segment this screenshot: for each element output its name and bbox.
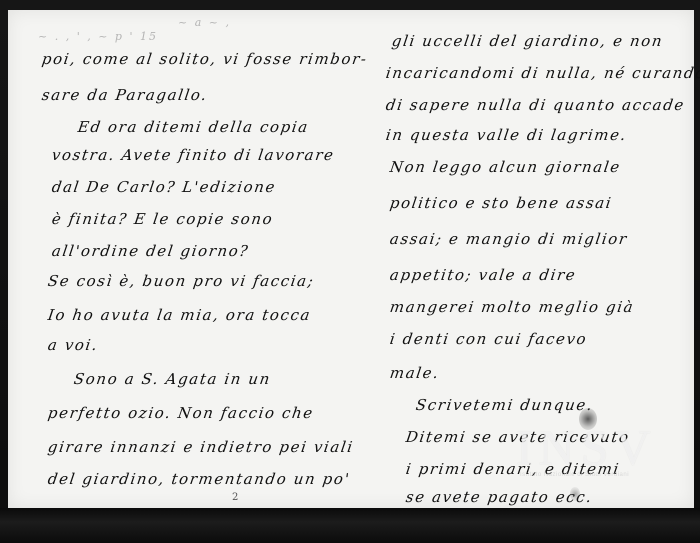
right-line-11: male.	[389, 364, 441, 382]
right-line-3: di sapere nulla di quanto accade	[385, 96, 686, 114]
left-line-3: Ed ora ditemi della copia	[77, 118, 310, 136]
left-line-7: all'ordine del giorno?	[51, 242, 251, 260]
left-line-5: dal De Carlo? L'edizione	[51, 178, 278, 196]
left-line-12: perfetto ozio. Non faccio che	[47, 404, 315, 422]
scan-bottom-border	[0, 508, 700, 543]
left-line-13: girare innanzi e indietro pei viali	[47, 438, 355, 456]
right-line-1: gli uccelli del giardino, e non	[391, 32, 665, 50]
left-line-10: a voi.	[47, 336, 100, 354]
right-line-8: appetito; vale a dire	[389, 266, 578, 284]
left-line-14: del giardino, tormentando un po'	[47, 470, 352, 488]
left-line-4: vostra. Avete finito di lavorare	[51, 146, 336, 164]
faint-bleedthrough-header: ~ . , ' , ~ p ' 15	[38, 30, 158, 43]
right-line-4: in questa valle di lagrime.	[385, 126, 629, 144]
right-line-2: incaricandomi di nulla, né curando	[385, 64, 700, 82]
right-line-6: politico e sto bene assai	[389, 194, 614, 212]
right-line-13: Ditemi se avete ricevuto	[405, 428, 631, 446]
faint-bleedthrough-top: ~ a ~ ,	[178, 16, 231, 29]
letter-paper: ~ . , ' , ~ p ' 15 ~ a ~ , poi, come al …	[8, 10, 694, 508]
left-line-6: è finita? E le copie sono	[51, 210, 275, 228]
right-line-14: i primi denari, e ditemi	[405, 460, 621, 478]
right-line-7: assai; e mangio di miglior	[389, 230, 629, 248]
page-number-mark: 2	[232, 492, 238, 503]
right-line-12: Scrivetemi dunque.	[415, 396, 595, 414]
ink-smudge-small	[570, 487, 580, 501]
left-line-1: poi, come al solito, vi fosse rimbor-	[41, 50, 369, 68]
ink-smudge	[579, 408, 597, 430]
left-line-9: Io ho avuta la mia, ora tocca	[47, 306, 313, 324]
right-line-9: mangerei molto meglio già	[389, 298, 636, 316]
left-line-8: Se così è, buon pro vi faccia;	[47, 272, 316, 290]
left-line-11: Sono a S. Agata in un	[73, 370, 273, 388]
left-line-2: sare da Paragallo.	[41, 86, 209, 104]
right-line-15: se avete pagato ecc.	[405, 488, 594, 506]
right-line-5: Non leggo alcun giornale	[389, 158, 622, 176]
right-line-10: i denti con cui facevo	[389, 330, 589, 348]
